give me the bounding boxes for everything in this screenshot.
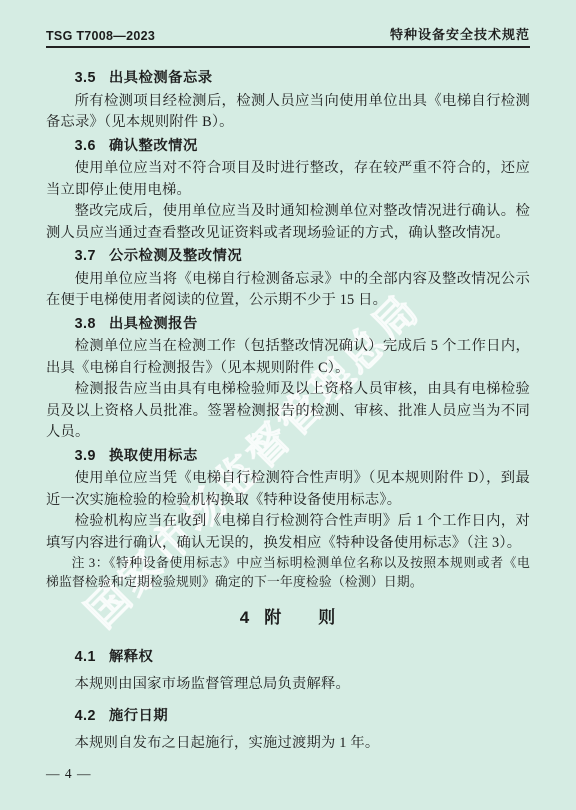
section-heading-3-6: 3.6确认整改情况 xyxy=(46,136,530,158)
chapter-number: 4 xyxy=(240,608,250,627)
paragraph: 整改完成后，使用单位应当及时通知检测单位对整改情况进行确认。检测人员应当通过查看… xyxy=(46,201,530,244)
section-number: 3.6 xyxy=(75,138,96,154)
section-number: 3.9 xyxy=(75,448,96,464)
document-page: 国家市场监督管理总局 TSG T7008—2023 特种设备安全技术规范 3.5… xyxy=(0,0,576,810)
section-number: 4.2 xyxy=(75,708,96,724)
section-title: 出具检测备忘录 xyxy=(109,70,213,86)
section-heading-4-2: 4.2施行日期 xyxy=(46,706,530,728)
paragraph: 本规则自发布之日起施行，实施过渡期为 1 年。 xyxy=(46,733,530,755)
section-title: 出具检测报告 xyxy=(109,316,198,332)
paragraph: 使用单位应当将《电梯自行检测备忘录》中的全部内容及整改情况公示在便于电梯使用者阅… xyxy=(46,269,530,312)
paragraph: 使用单位应当凭《电梯自行检测符合性声明》（见本规则附件 D），到最近一次实施检验… xyxy=(46,468,530,511)
header-rule: TSG T7008—2023 特种设备安全技术规范 xyxy=(46,24,530,48)
section-title: 解释权 xyxy=(109,649,153,665)
section-heading-3-7: 3.7公示检测及整改情况 xyxy=(46,246,530,268)
doc-type: 特种设备安全技术规范 xyxy=(390,24,530,43)
section-heading-3-5: 3.5出具检测备忘录 xyxy=(46,68,530,90)
section-title: 公示检测及整改情况 xyxy=(109,248,242,264)
chapter-title: 附 则 xyxy=(264,608,336,627)
paragraph: 使用单位应当对不符合项目及时进行整改，存在较严重不符合的，还应当立即停止使用电梯… xyxy=(46,158,530,201)
paragraph: 检验机构应当在收到《电梯自行检测符合性声明》后 1 个工作日内，对填写内容进行确… xyxy=(46,511,530,554)
paragraph: 本规则由国家市场监督管理总局负责解释。 xyxy=(46,674,530,696)
note-paragraph: 注 3：《特种设备使用标志》中应当标明检测单位名称以及按照本规则或者《电梯监督检… xyxy=(46,554,530,591)
paragraph: 检测报告应当由具有电梯检验师及以上资格人员审核，由具有电梯检验员及以上资格人员批… xyxy=(46,379,530,444)
doc-code: TSG T7008—2023 xyxy=(46,29,155,43)
section-number: 4.1 xyxy=(75,649,96,665)
section-heading-3-8: 3.8出具检测报告 xyxy=(46,314,530,336)
document-body: 3.5出具检测备忘录 所有检测项目经检测后，检测人员应当向使用单位出具《电梯自行… xyxy=(0,48,576,755)
section-number: 3.5 xyxy=(75,70,96,86)
paragraph: 所有检测项目经检测后，检测人员应当向使用单位出具《电梯自行检测备忘录》（见本规则… xyxy=(46,91,530,134)
section-number: 3.7 xyxy=(75,248,96,264)
section-title: 确认整改情况 xyxy=(109,138,198,154)
section-heading-4-1: 4.1解释权 xyxy=(46,647,530,669)
paragraph: 检测单位应当在检测工作（包括整改情况确认）完成后 5 个工作日内，出具《电梯自行… xyxy=(46,336,530,379)
page-number: — 4 — xyxy=(46,766,92,782)
section-title: 换取使用标志 xyxy=(109,448,198,464)
section-title: 施行日期 xyxy=(109,708,168,724)
section-number: 3.8 xyxy=(75,316,96,332)
section-heading-3-9: 3.9换取使用标志 xyxy=(46,446,530,468)
chapter-heading: 4附 则 xyxy=(46,607,530,629)
page-header: TSG T7008—2023 特种设备安全技术规范 xyxy=(0,0,576,48)
